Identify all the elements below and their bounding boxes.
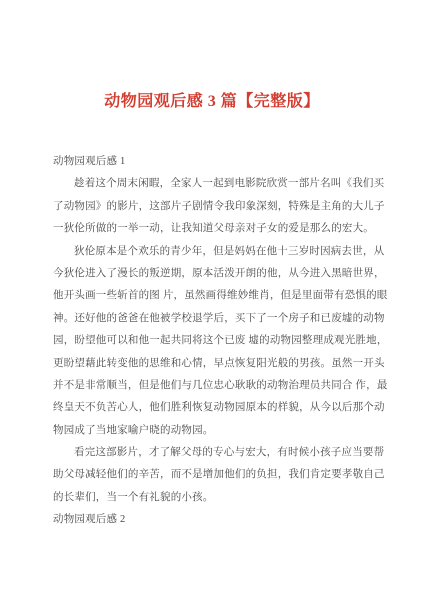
text-line: 一狄伦所做的一举一动，让我知道父母亲对子女的爱是那么的宏大。 xyxy=(53,218,374,240)
text-line: 看完这部影片，才了解父母的专心与宏大，有时候小孩子应当要帮 xyxy=(53,442,374,464)
text-line: 神。还好他的爸爸在他被学校退学后，买下了一个房子和已废墟的动物 xyxy=(53,308,374,330)
text-line: 物园成了当地家喻户晓的动物园。 xyxy=(53,420,374,442)
text-line: 并不是非常顺当，但是他们与几位忠心耿耿的动物治理员共同合 作，最 xyxy=(53,375,374,397)
text-line: 的长辈们，当一个有礼貌的小孩。 xyxy=(53,487,374,509)
text-line: 他开头画一些斩首的图 片，虽然画得维妙维肖，但是里面带有恐惧的眼 xyxy=(53,285,374,307)
document-page: 动物园观后感 3 篇【完整版】 动物园观后感 1趁着这个周末闲暇，全家人一起到电… xyxy=(0,0,424,600)
section-heading: 动物园观后感 2 xyxy=(53,509,374,531)
text-line: 趁着这个周末闲暇，全家人一起到电影院欣赏一部片名叫《我们买 xyxy=(53,173,374,195)
section-heading: 动物园观后感 1 xyxy=(53,151,374,173)
page-title: 动物园观后感 3 篇【完整版】 xyxy=(0,91,424,112)
text-line: 狄伦原本是个欢乐的青少年，但是妈妈在他十三岁时因病去世，从 xyxy=(53,241,374,263)
text-line: 助父母减轻他们的辛苦，而不是增加他们的负担，我们肯定要孝敬自己 xyxy=(53,464,374,486)
text-line: 了动物园》的影片，这部片子剧情令我印象深刻，特殊是主角的大儿子 xyxy=(53,196,374,218)
text-line: 终皇天不负苦心人，他们胜利恢复动物园原本的样貌，从今以后那个动 xyxy=(53,397,374,419)
text-line: 今狄伦进入了漫长的叛逆期，原本活泼开朗的他，从今进入黑暗世界， xyxy=(53,263,374,285)
text-line: 更盼望藉此转变他的思维和心情，早点恢复阳光般的男孩。虽然一开头 xyxy=(53,353,374,375)
document-body: 动物园观后感 1趁着这个周末闲暇，全家人一起到电影院欣赏一部片名叫《我们买了动物… xyxy=(53,151,374,532)
text-line: 园，盼望他可以和他一起共同将这个已废 墟的动物园整理成观光胜地， xyxy=(53,330,374,352)
